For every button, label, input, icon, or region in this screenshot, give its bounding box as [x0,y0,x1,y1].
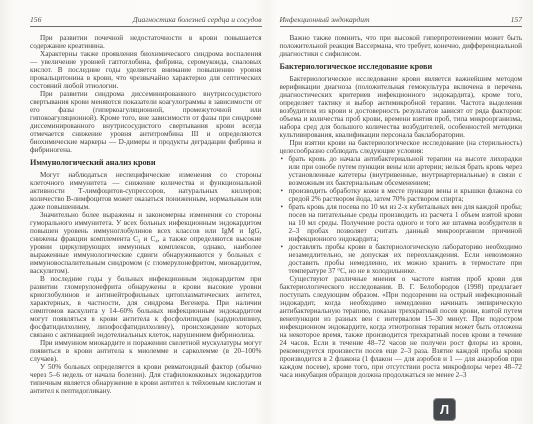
paragraph: При иммунном миокардите и поражении скел… [30,339,262,363]
paragraph: Существуют различные мнения о частоте вз… [280,275,523,379]
right-running-head: Инфекционный эндокардит 157 [280,15,523,27]
paragraph: При развитии синдрома диссеминированного… [30,90,262,154]
bullet-item: брать кровь для посева по 10 мл из 2-х к… [280,203,523,243]
paragraph: Бактериологическое исследование крови яв… [280,75,523,139]
right-page-number: 157 [511,15,522,24]
left-page-number: 156 [30,15,41,24]
bullet-item: доставлять пробы крови в бактериологичес… [280,243,523,275]
bullet-item: брать кровь до начала антибактериальной … [280,155,523,187]
paragraph: Важно также помнить, что при высокой гип… [280,34,523,58]
labirint-logo: Л [433,398,456,421]
book-spread: 156 Диагностика болезней сердца и сосудо… [0,0,533,424]
paragraph: Характерны также проявления биохимическо… [30,50,262,90]
left-page-body: При развитии почечной недостаточности в … [30,34,262,395]
right-running-title: Инфекционный эндокардит [280,15,370,24]
bullet-item: производить обработку кожи в месте пункц… [280,187,523,203]
section-heading-bacteriology: Бактериологическое исследование крови [280,63,523,71]
labirint-letter-mark: Л [440,403,449,416]
section-heading-immunology: Иммунологический анализ крови [30,159,262,167]
right-page-body: Важно также помнить, что при высокой гип… [280,34,523,379]
paragraph: У 50% больных определяется в крови ревма… [30,363,262,395]
paragraph: Значительно более выражены и закономерны… [30,211,262,275]
bullet-list: брать кровь до начала антибактериальной … [280,155,523,275]
paragraph: При взятии крови на бактериологическое и… [280,139,523,155]
right-page: Инфекционный эндокардит 157 Важно также … [267,0,533,424]
paragraph: При развитии почечной недостаточности в … [30,34,262,50]
left-running-head: 156 Диагностика болезней сердца и сосудо… [30,15,262,27]
paragraph: В последние годы у больных инфекционным … [30,275,262,339]
paragraph: Могут наблюдаться неспецифические измене… [30,171,262,211]
left-running-title: Диагностика болезней сердца и сосудов [133,15,262,24]
left-page: 156 Диагностика болезней сердца и сосудо… [0,0,267,424]
